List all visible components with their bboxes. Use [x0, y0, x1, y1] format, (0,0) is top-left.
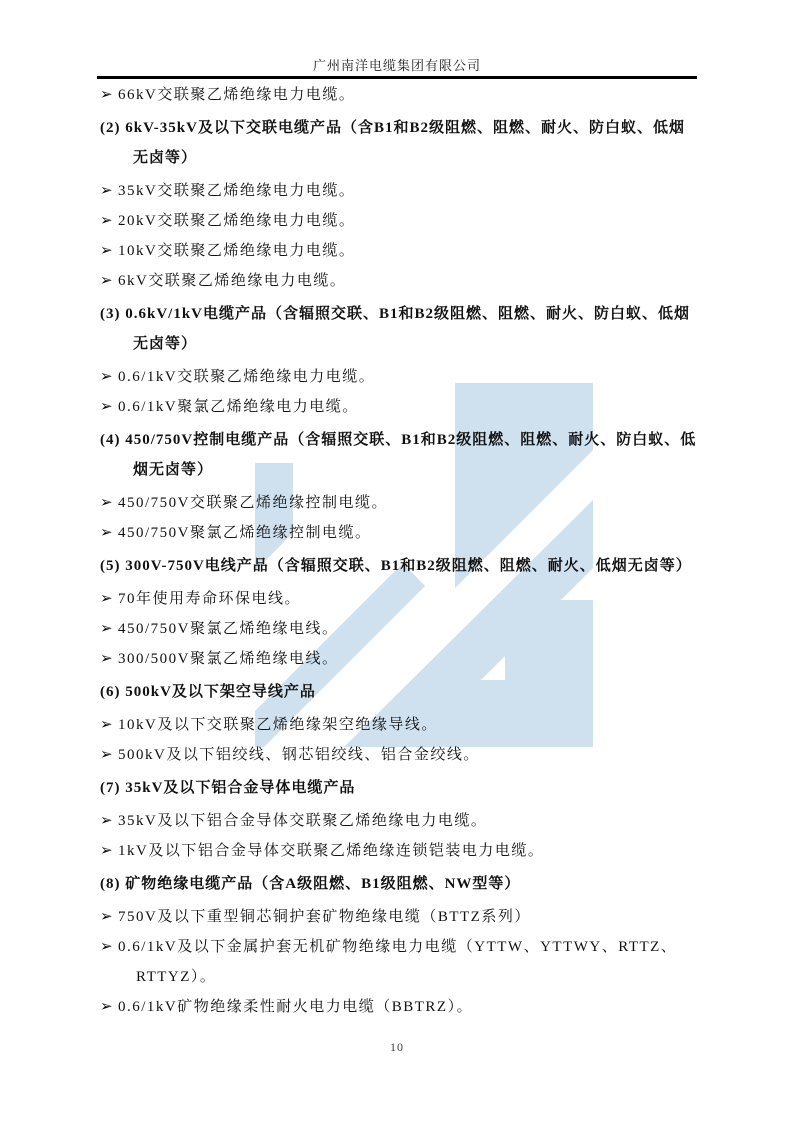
product-line-text: 300/500V聚氯乙烯绝缘电线。 [118, 651, 339, 667]
product-line: ➢6kV交联聚乙烯绝缘电力电缆。 [100, 266, 697, 296]
arrow-bullet-icon: ➢ [100, 80, 118, 110]
product-line-text: 0.6/1kV交联聚乙烯绝缘电力电缆。 [118, 369, 375, 385]
product-list: ➢66kV交联聚乙烯绝缘电力电缆。(2) 6kV-35kV及以下交联电缆产品（含… [100, 80, 697, 1022]
product-line-text: 450/750V聚氯乙烯绝缘电线。 [118, 621, 339, 637]
header-company-title: 广州南洋电缆集团有限公司 [0, 55, 794, 74]
arrow-bullet-icon: ➢ [100, 932, 118, 962]
arrow-bullet-icon: ➢ [100, 362, 118, 392]
arrow-bullet-icon: ➢ [100, 392, 118, 422]
arrow-bullet-icon: ➢ [100, 992, 118, 1022]
arrow-bullet-icon: ➢ [100, 584, 118, 614]
arrow-bullet-icon: ➢ [100, 740, 118, 770]
product-line-text: 66kV交联聚乙烯绝缘电力电缆。 [118, 87, 355, 103]
section-heading: (2) 6kV-35kV及以下交联电缆产品（含B1和B2级阻燃、阻燃、耐火、防白… [100, 113, 697, 173]
arrow-bullet-icon: ➢ [100, 710, 118, 740]
arrow-bullet-icon: ➢ [100, 206, 118, 236]
product-line: ➢750V及以下重型铜芯铜护套矿物绝缘电缆（BTTZ系列） [100, 902, 697, 932]
product-line: ➢300/500V聚氯乙烯绝缘电线。 [100, 644, 697, 674]
product-line-text: 35kV及以下铝合金导体交联聚乙烯绝缘电力电缆。 [118, 813, 487, 829]
arrow-bullet-icon: ➢ [100, 644, 118, 674]
arrow-bullet-icon: ➢ [100, 518, 118, 548]
arrow-bullet-icon: ➢ [100, 176, 118, 206]
product-line-text: 70年使用寿命环保电线。 [118, 591, 301, 607]
arrow-bullet-icon: ➢ [100, 836, 118, 866]
product-line: ➢0.6/1kV矿物绝缘柔性耐火电力电缆（BBTRZ）。 [100, 992, 697, 1022]
product-line-text: 10kV及以下交联聚乙烯绝缘架空绝缘导线。 [118, 717, 438, 733]
section-heading: (3) 0.6kV/1kV电缆产品（含辐照交联、B1和B2级阻燃、阻燃、耐火、防… [100, 299, 697, 359]
arrow-bullet-icon: ➢ [100, 488, 118, 518]
product-line: ➢20kV交联聚乙烯绝缘电力电缆。 [100, 206, 697, 236]
product-line: ➢1kV及以下铝合金导体交联聚乙烯绝缘连锁铠装电力电缆。 [100, 836, 697, 866]
product-line: ➢35kV及以下铝合金导体交联聚乙烯绝缘电力电缆。 [100, 806, 697, 836]
product-line-text: 10kV交联聚乙烯绝缘电力电缆。 [118, 243, 355, 259]
product-line-text: 500kV及以下铝绞线、钢芯铝绞线、铝合金绞线。 [118, 747, 480, 763]
product-line: ➢70年使用寿命环保电线。 [100, 584, 697, 614]
product-line-text: 450/750V交联聚乙烯绝缘控制电缆。 [118, 495, 388, 511]
product-line-text: 6kV交联聚乙烯绝缘电力电缆。 [118, 273, 346, 289]
product-line: ➢450/750V聚氯乙烯绝缘控制电缆。 [100, 518, 697, 548]
section-heading: (7) 35kV及以下铝合金导体电缆产品 [100, 773, 697, 803]
product-line-text: 20kV交联聚乙烯绝缘电力电缆。 [118, 213, 355, 229]
product-line: ➢10kV交联聚乙烯绝缘电力电缆。 [100, 236, 697, 266]
section-heading: (5) 300V-750V电线产品（含辐照交联、B1和B2级阻燃、阻燃、耐火、低… [100, 551, 697, 581]
section-heading: (8) 矿物绝缘电缆产品（含A级阻燃、B1级阻燃、NW型等） [100, 869, 697, 899]
product-line: ➢0.6/1kV交联聚乙烯绝缘电力电缆。 [100, 362, 697, 392]
product-line-text: 0.6/1kV矿物绝缘柔性耐火电力电缆（BBTRZ）。 [118, 999, 473, 1015]
arrow-bullet-icon: ➢ [100, 806, 118, 836]
product-line: ➢66kV交联聚乙烯绝缘电力电缆。 [100, 80, 697, 110]
arrow-bullet-icon: ➢ [100, 902, 118, 932]
product-line: ➢450/750V交联聚乙烯绝缘控制电缆。 [100, 488, 697, 518]
header-rule [97, 76, 697, 79]
product-line-text: 0.6/1kV聚氯乙烯绝缘电力电缆。 [118, 399, 359, 415]
product-line: ➢0.6/1kV聚氯乙烯绝缘电力电缆。 [100, 392, 697, 422]
product-line-text: 1kV及以下铝合金导体交联聚乙烯绝缘连锁铠装电力电缆。 [118, 843, 544, 859]
section-heading: (4) 450/750V控制电缆产品（含辐照交联、B1和B2级阻燃、阻燃、耐火、… [100, 425, 697, 485]
product-line: ➢10kV及以下交联聚乙烯绝缘架空绝缘导线。 [100, 710, 697, 740]
page-number: 10 [0, 1040, 794, 1055]
product-line-text: 450/750V聚氯乙烯绝缘控制电缆。 [118, 525, 372, 541]
product-line: ➢500kV及以下铝绞线、钢芯铝绞线、铝合金绞线。 [100, 740, 697, 770]
product-line-text: 0.6/1kV及以下金属护套无机矿物绝缘电力电缆（YTTW、YTTWY、RTTZ… [118, 939, 677, 985]
product-line: ➢0.6/1kV及以下金属护套无机矿物绝缘电力电缆（YTTW、YTTWY、RTT… [100, 932, 697, 992]
arrow-bullet-icon: ➢ [100, 266, 118, 296]
document-page: 广州南洋电缆集团有限公司 ➢66kV交联聚乙烯绝缘电力电缆。(2) 6kV-35… [0, 0, 794, 1123]
product-line: ➢450/750V聚氯乙烯绝缘电线。 [100, 614, 697, 644]
arrow-bullet-icon: ➢ [100, 236, 118, 266]
product-line-text: 750V及以下重型铜芯铜护套矿物绝缘电缆（BTTZ系列） [118, 909, 531, 925]
arrow-bullet-icon: ➢ [100, 614, 118, 644]
product-line-text: 35kV交联聚乙烯绝缘电力电缆。 [118, 183, 355, 199]
product-line: ➢35kV交联聚乙烯绝缘电力电缆。 [100, 176, 697, 206]
section-heading: (6) 500kV及以下架空导线产品 [100, 677, 697, 707]
